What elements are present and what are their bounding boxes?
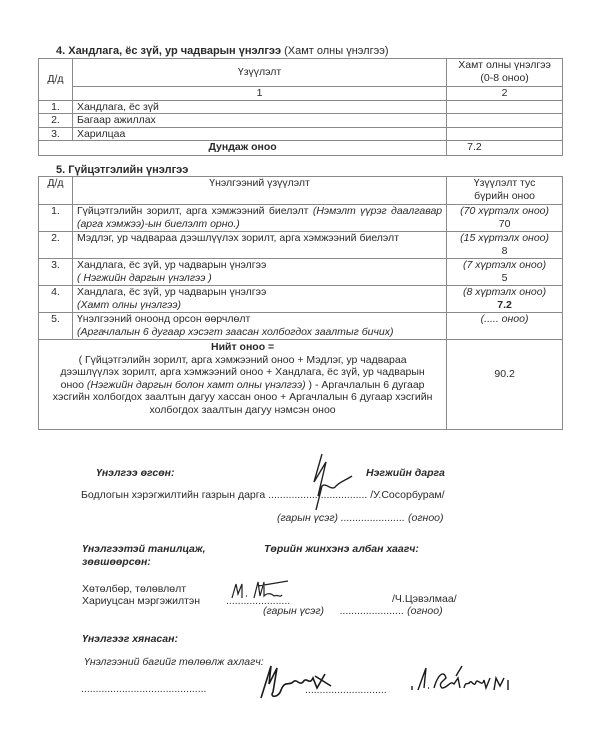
s5-header-score-line1: Үзүүлэлт тус [451,177,558,190]
row-max: (8 хүртэлх оноо) [451,286,558,299]
s4-header-score: Хамт олны үнэлгээ (0-8 оноо) [447,59,563,87]
row-score [447,114,563,128]
s4-header-num: Д/д [39,59,73,101]
signature-label: (гарын үсэг) [277,512,338,524]
employee-signature-icon [228,580,288,602]
employee-date: ...................... (огноо) [340,605,443,617]
row-max: (7 хүртэлх оноо) [451,259,558,272]
table-row: 1. Гүйцэтгэлийн зорилт, арга хэмжээний б… [39,205,563,232]
row-label: Мэдлэг, ур чадвараа дээшлүүлэх зорилт, а… [72,232,446,259]
s5-header-score: Үзүүлэлт тус бүрийн оноо [447,177,563,205]
row-label-text: Мэдлэг, ур чадвараа дээшлүүлэх зорилт, а… [77,232,399,244]
evaluator-name: /У.Сосорбурам/ [370,489,444,501]
row-num: 4. [39,286,73,313]
row-score-cell: (15 хүртэлх оноо) 8 [447,232,563,259]
s5-header-score-line2: бүрийн оноо [451,190,558,203]
row-label: Хандлага, ёс зүй, ур чадварын үнэлгээ (Х… [72,286,446,313]
date-label: (огноо) [407,605,442,617]
employee-position-line2: Хариуцсан мэргэжилтэн [82,595,200,607]
employee-signature-label: (гарын үсэг) [263,605,324,617]
section4-title-normal: (Хамт олны үнэлгээ) [284,45,388,57]
row-num: 1. [39,100,73,114]
date-dots: ...................... [340,605,404,617]
date-label: (огноо) [408,512,443,524]
row-num: 3. [39,259,73,286]
s4-average-label: Дундаж оноо [39,141,447,156]
table-row: 3. Харилцаа [39,127,563,141]
row-max: (15 хүртэлх оноо) [451,232,558,245]
employee-position: Хөтөлбөр, төлөвлөлт Хариуцсан мэргэжилтэ… [82,583,200,607]
row-note: (Хамт олны үнэлгээ) [77,299,442,312]
reviewed-by-label: Үнэлгээг хянасан: [82,633,178,645]
row-label-text: Хандлага, ёс зүй, ур чадварын үнэлгээ [77,286,442,299]
row-num: 1. [39,205,73,232]
row-note: (Аргачлалын 6 дугаар хэсэгт заасан холбо… [77,326,442,339]
row-label: Хандлага, ёс зүй [72,100,446,114]
s4-col-index-1: 1 [72,87,446,101]
row-label: Гүйцэтгэлийн зорилт, арга хэмжээний биел… [72,205,446,232]
s5-total-value: 90.2 [447,340,563,430]
row-score [447,100,563,114]
s5-formula-italic: (Нэгжийн даргын болон хамт олны үнэлгээ) [87,379,306,391]
table-row: 2. Мэдлэг, ур чадвараа дээшлүүлэх зорилт… [39,232,563,259]
row-label-text: Хандлага, ёс зүй, ур чадварын үнэлгээ [77,259,442,272]
section5-title: 5. Гүйцэтгэлийн үнэлгээ [56,164,188,176]
row-note: ( Нэгжийн даргын үнэлгээ ) [77,272,442,285]
row-score-cell: (7 хүртэлх оноо) 5 [447,259,563,286]
team-leader-dots: ........................................… [81,683,206,695]
s4-average-value: 7.2 [447,141,563,156]
section4-table: Д/д Үзүүлэлт Хамт олны үнэлгээ (0-8 оноо… [38,58,563,156]
row-label: Багаар ажиллах [72,114,446,128]
s5-header-num: Д/д [39,177,73,205]
row-label: Хандлага, ёс зүй, ур чадварын үнэлгээ ( … [72,259,446,286]
team-leader-label: Үнэлгээний багийг төлөөлж ахлагч: [84,656,264,668]
s4-header-score-line1: Хамт олны үнэлгээ [451,59,558,72]
section4-title: 4. Хандлага, ёс зүй, ур чадварын үнэлгээ… [56,45,388,57]
row-score-cell: (70 хүртэлх оноо) 70 [447,205,563,232]
date-dots: ...................... [341,512,405,524]
row-num: 3. [39,127,73,141]
row-score: 7.2 [451,299,558,312]
section5-table: Д/д Үнэлгээний үзүүлэлт Үзүүлэлт тус бүр… [38,176,563,430]
civil-servant-label: Төрийн жинхэнэ албан хаагч: [264,543,419,555]
row-num: 2. [39,114,73,128]
row-score-cell: (8 хүртэлх оноо) 7.2 [447,286,563,313]
evaluator-line: Бодлогын хэрэгжилтийн газрын дарга .....… [81,489,445,501]
s4-col-index-2: 2 [447,87,563,101]
evaluator-sign-date: (гарын үсэг) ...................... (огн… [277,512,444,524]
row-num: 2. [39,232,73,259]
acknowledged-label: Үнэлгээтэй танилцаж, зөвшөөрсөн: [82,543,206,569]
acknowledged-line1: Үнэлгээтэй танилцаж, [82,543,206,556]
table-row: 3. Хандлага, ёс зүй, ур чадварын үнэлгээ… [39,259,563,286]
signature-scribble-icon [300,452,360,512]
reviewer-name-signature-icon [408,664,538,694]
s4-header-score-line2: (0-8 оноо) [451,72,558,85]
evaluator-position: Бодлогын хэрэгжилтийн газрын дарга [81,489,265,501]
unit-head-label: Нэгжийн дарга [366,467,445,479]
s4-header-indicator: Үзүүлэлт [72,59,446,87]
acknowledged-line2: зөвшөөрсөн: [82,556,206,569]
row-score: 8 [451,245,558,258]
s5-total-title: Нийт оноо = [49,341,436,354]
row-num: 5. [39,313,73,340]
row-score-cell: (..... оноо) [447,313,563,340]
row-score: 5 [451,272,558,285]
row-label: Харилцаа [72,127,446,141]
row-label-text: Гүйцэтгэлийн зорилт, арга хэмжээний биел… [77,205,309,217]
row-label: Үнэлгээний оноонд орсон өөрчлөлт (Аргачл… [72,313,446,340]
s5-header-indicator: Үнэлгээний үзүүлэлт [72,177,446,205]
evaluated-by-label: Үнэлгээ өгсөн: [96,467,174,479]
table-row: 1. Хандлага, ёс зүй [39,100,563,114]
employee-name: /Ч.Цэвэлмаа/ [392,593,457,605]
table-row: 5. Үнэлгээний оноонд орсон өөрчлөлт (Арг… [39,313,563,340]
row-max: (70 хүртэлх оноо) [451,205,558,218]
reviewer-sign-dots: ............................ [305,684,387,696]
s5-total-formula: Нийт оноо = ( Гүйцэтгэлийн зорилт, арга … [39,340,447,430]
row-score: 70 [451,218,558,231]
table-row: 2. Багаар ажиллах [39,114,563,128]
row-label-text: Үнэлгээний оноонд орсон өөрчлөлт [77,313,442,326]
employee-position-line1: Хөтөлбөр, төлөвлөлт [82,583,200,595]
row-max: (..... оноо) [451,313,558,326]
row-score [447,127,563,141]
table-row: 4. Хандлага, ёс зүй, ур чадварын үнэлгээ… [39,286,563,313]
section4-title-bold: 4. Хандлага, ёс зүй, ур чадварын үнэлгээ [56,45,281,57]
